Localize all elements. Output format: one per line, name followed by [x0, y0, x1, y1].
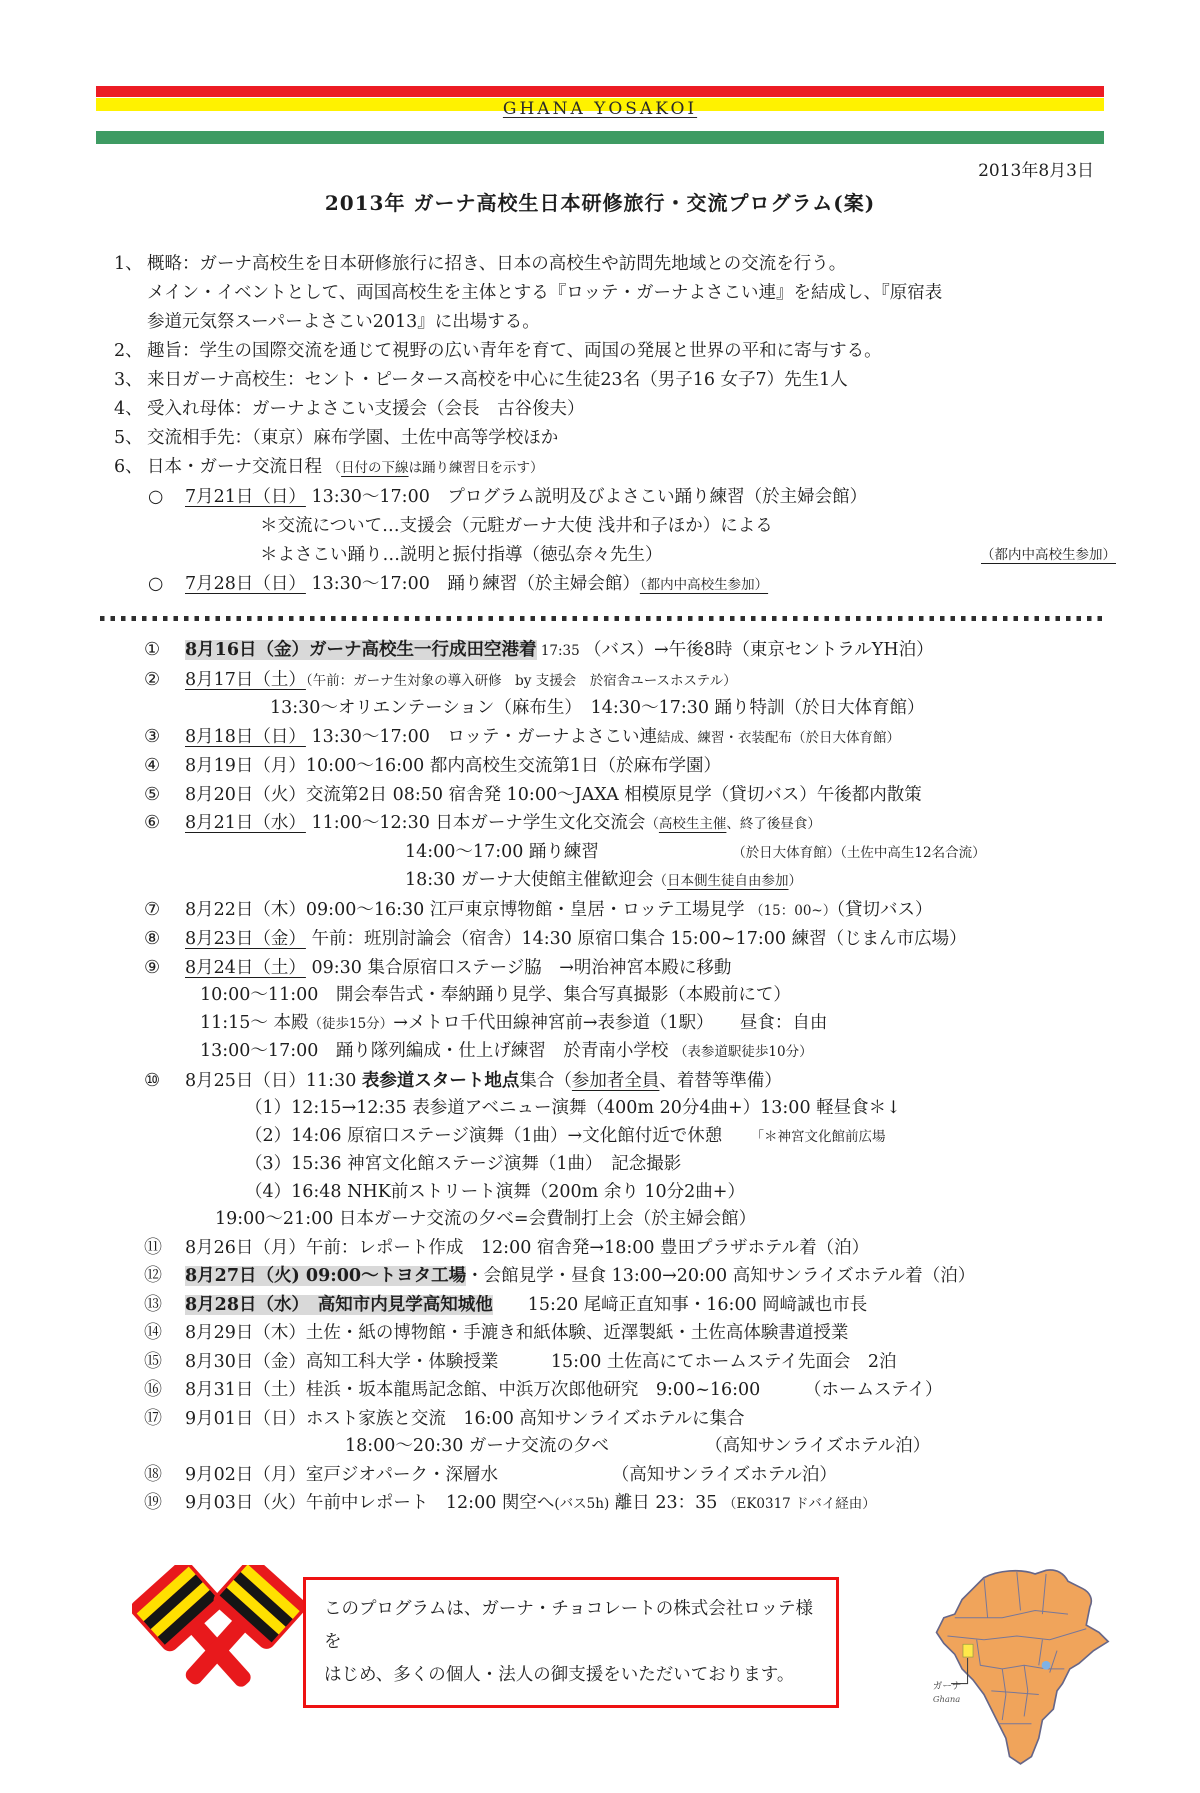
page-title: 2013年 ガーナ高校生日本研修旅行・交流プログラム(案): [0, 187, 1200, 216]
text-segment: 趣旨：学生の国際交流を通じて視野の広い青年を育て、両国の発展と世界の平和に寄与す…: [147, 341, 882, 361]
schedule-entry-line: 10:00〜11:00 開会奉告式・奉納踊り見学、集合写真撮影（本殿前にて）: [144, 982, 1120, 1010]
text-segment: →メトロ千代田線神宮前→表参道（1駅） 昼食：自由: [393, 1013, 827, 1033]
schedule-entry-text: 19:00〜21:00 日本ガーナ交流の夕べ=会費制打上会（於主婦会館）: [185, 1206, 1120, 1234]
text-segment: 概略：ガーナ高校生を日本研修旅行に招き、日本の高校生や訪問先地域との交流を行う。: [147, 254, 846, 274]
schedule-entry-line: ⑫8月27日（火) 09:00〜トヨタ工場・会館見学・昼食 13:00→20:0…: [144, 1262, 1120, 1291]
schedule-entry-marker: ⑰: [144, 1405, 185, 1433]
text-segment: （: [645, 816, 659, 832]
schedule-entry-marker: ⑫: [144, 1262, 185, 1290]
text-segment: （2）14:06 原宿口ステージ演舞（1曲）→文化館付近で休憩: [245, 1126, 757, 1146]
overview-item-text: 受入れ母体：ガーナよさこい支援会（会長 古谷俊夫）: [147, 395, 1116, 424]
schedule-entry-text: （3）15:36 神宮文化館ステージ演舞（1曲） 記念撮影: [185, 1151, 1120, 1179]
schedule-entry-line: 18:00〜20:30 ガーナ交流の夕べ （高知サンライズホテル泊）: [144, 1433, 1120, 1461]
text-segment: 14:00〜17:00 踊り練習: [405, 842, 739, 862]
africa-map: ガーナ Ghana: [928, 1563, 1113, 1773]
overview-item-text: 趣旨：学生の国際交流を通じて視野の広い青年を育て、両国の発展と世界の平和に寄与す…: [147, 337, 1116, 366]
schedule-entry-marker: ⑤: [144, 781, 185, 809]
schedule-entry-line: （2）14:06 原宿口ステージ演舞（1曲）→文化館付近で休憩 「＊神宮文化館前…: [144, 1123, 1120, 1152]
sponsor-text-line2: はじめ、多くの個人・法人の御支援をいただいております。: [324, 1659, 818, 1692]
text-segment: 9月02日（月）室戸ジオパーク・深層水 （高知サンライズホテル泊）: [185, 1465, 837, 1485]
schedule-entry-marker: ③: [144, 723, 185, 751]
text-segment: （午前：ガーナ生対象の導入研修 by 支援会 於宿舎ユースホステル）: [306, 673, 737, 689]
text-segment: 日本側生徒自由参加: [667, 873, 789, 889]
text-segment: 11:00〜12:30 日本ガーナ学生文化交流会: [306, 813, 646, 833]
text-segment: (バス5h): [554, 1496, 609, 1512]
schedule-entry-line: 13:00〜17:00 踊り隊列編成・仕上げ練習 於青南小学校 （表参道駅徒歩1…: [144, 1038, 1120, 1067]
map-label-jp: ガーナ: [933, 1681, 961, 1692]
schedule-entry-text: 8月22日（木）09:00〜16:30 江戸東京博物館・皇居・ロッテ工場見学 （…: [185, 897, 1120, 926]
naruko-clappers-icon: [132, 1565, 307, 1740]
text-segment: 表参道スタート地点: [362, 1071, 520, 1091]
text-segment: 8月17日（土）: [185, 670, 306, 690]
schedule-entry-text: 10:00〜11:00 開会奉告式・奉納踊り見学、集合写真撮影（本殿前にて）: [185, 982, 1120, 1010]
text-segment: 来日ガーナ高校生：セント・ピータース高校を中心に生徒23名（男子16 女子7）先…: [147, 370, 848, 390]
text-segment: 8月28日（水） 高知市内見学高知城他: [185, 1295, 493, 1315]
practice-day-item-line: ○7月21日（日） 13:30〜17:00 プログラム説明及びよさこい踊り練習（…: [148, 483, 1116, 512]
text-segment: 離日 23：35: [609, 1493, 723, 1513]
overview-item-text: 交流相手先：（東京）麻布学園、土佐中高等学校ほか: [147, 424, 1116, 453]
text-segment: ＊よさこい踊り…説明と振付指導（徳弘奈々先生）: [260, 545, 663, 565]
africa-landmass: [937, 1569, 1109, 1763]
text-segment: 高校生主催: [659, 816, 727, 832]
text-segment: 午前：班別討論会（宿舎）14:30 原宿口集合 15:00~17:00 練習（じ…: [306, 929, 967, 949]
text-segment: 18:30 ガーナ大使館主催歓迎会: [405, 870, 654, 890]
text-segment: 13:30〜17:00 ロッテ・ガーナよさこい連: [306, 727, 657, 747]
sponsor-text-line1: このプログラムは、ガーナ・チョコレートの株式会社ロッテ様を: [324, 1593, 818, 1659]
text-segment: 日本・ガーナ交流日程: [147, 457, 328, 477]
schedule-entry-text: 8月28日（水） 高知市内見学高知城他 15:20 尾﨑正直知事・16:00 岡…: [185, 1292, 1120, 1320]
text-segment: 8月19日（月）10:00〜16:00 都内高校生交流第1日（於麻布学園）: [185, 756, 721, 776]
text-segment: 11:15〜 本殿: [200, 1013, 309, 1033]
overview-item-line: 4、受入れ母体：ガーナよさこい支援会（会長 古谷俊夫）: [114, 395, 1116, 424]
schedule-entry-marker: ⑦: [144, 896, 185, 924]
schedule-entry-marker: ⑯: [144, 1376, 185, 1404]
schedule-entry-text: 8月23日（金） 午前：班別討論会（宿舎）14:30 原宿口集合 15:00~1…: [185, 926, 1120, 954]
schedule-entry-line: ⑱9月02日（月）室戸ジオパーク・深層水 （高知サンライズホテル泊）: [144, 1461, 1120, 1490]
text-segment: 10:00〜11:00 開会奉告式・奉納踊り見学、集合写真撮影（本殿前にて）: [200, 985, 791, 1005]
text-segment: 8月20日（火）交流第2日 08:50 宿舎発 10:00〜JAXA 相模原見学…: [185, 785, 922, 805]
schedule-entry-text: 9月01日（日）ホスト家族と交流 16:00 高知サンライズホテルに集合: [185, 1406, 1120, 1434]
text-segment: （徒歩15分）: [309, 1016, 394, 1032]
schedule-entry-text: 8月16日（金）ガーナ高校生一行成田空港着 17:35 （バス）→午後8時（東京…: [185, 637, 1120, 666]
overview-item-line: 2、趣旨：学生の国際交流を通じて視野の広い青年を育て、両国の発展と世界の平和に寄…: [114, 337, 1116, 366]
text-segment: 7月28日（日）: [185, 574, 306, 594]
schedule-entry-marker: ⑲: [144, 1489, 185, 1517]
schedule-entry-text: 8月17日（土）（午前：ガーナ生対象の導入研修 by 支援会 於宿舎ユースホステ…: [185, 667, 1120, 696]
overview-item-line: 参道元気祭スーパーよさこい2013』に出場する。: [114, 308, 1116, 337]
schedule-entry-line: ⑮8月30日（金）高知工科大学・体験授業 15:00 土佐高にてホームステイ先面…: [144, 1348, 1120, 1377]
text-segment: 13:30〜17:00 プログラム説明及びよさこい踊り練習（於主婦会館）: [306, 487, 867, 507]
ghana-flag-banner: GHANA YOSAKOI: [96, 86, 1104, 144]
flag-stripe-green: [96, 131, 1104, 144]
dotted-separator: [100, 616, 1102, 622]
text-segment: （バス）→午後8時（東京セントラルYH泊）: [584, 640, 934, 660]
text-segment: ）: [789, 873, 803, 889]
schedule-entry-text: 9月02日（月）室戸ジオパーク・深層水 （高知サンライズホテル泊）: [185, 1462, 1120, 1490]
schedule-entry-text: 14:00〜17:00 踊り練習 （於日大体育館）（土佐中高生12名合流）: [185, 839, 1120, 868]
text-segment: 受入れ母体：ガーナよさこい支援会（会長 古谷俊夫）: [147, 399, 585, 419]
schedule-entry-line: ⑧8月23日（金） 午前：班別討論会（宿舎）14:30 原宿口集合 15:00~…: [144, 925, 1120, 954]
overview-item-text: 概略：ガーナ高校生を日本研修旅行に招き、日本の高校生や訪問先地域との交流を行う。: [147, 250, 1116, 279]
ghana-highlight: [963, 1644, 973, 1657]
practice-day-item-text: ＊交流について…支援会（元駐ガーナ大使 浅井和子ほか）による: [185, 512, 1116, 541]
schedule-entry-text: 8月18日（日） 13:30〜17:00 ロッテ・ガーナよさこい連結成、練習・衣…: [185, 724, 1120, 753]
text-segment: （3）15:36 神宮文化館ステージ演舞（1曲） 記念撮影: [245, 1154, 681, 1174]
text-segment: 、着替等準備）: [659, 1071, 782, 1091]
text-segment: （表参道駅徒歩10分）: [674, 1044, 813, 1060]
text-segment: 13:30〜17:00 踊り練習（於主婦会館）: [306, 574, 640, 594]
schedule-entry-marker: ⑩: [144, 1067, 185, 1095]
text-segment: 9月01日（日）ホスト家族と交流 16:00 高知サンライズホテルに集合: [185, 1409, 744, 1429]
footer: このプログラムは、ガーナ・チョコレートの株式会社ロッテ様を はじめ、多くの個人・…: [0, 1563, 1200, 1793]
schedule-entry-line: ①8月16日（金）ガーナ高校生一行成田空港着 17:35 （バス）→午後8時（東…: [144, 636, 1120, 666]
schedule-entry-marker: ①: [144, 636, 185, 664]
text-segment: （: [654, 873, 668, 889]
practice-day-item-line: ＊交流について…支援会（元駐ガーナ大使 浅井和子ほか）による: [148, 512, 1116, 541]
schedule-entry-text: （4）16:48 NHK前ストリート演舞（200m 余り 10分2曲+）: [185, 1179, 1120, 1207]
schedule-entry-line: ⑥8月21日（水） 11:00〜12:30 日本ガーナ学生文化交流会（高校生主催…: [144, 809, 1120, 839]
schedule-entry-line: ⑤8月20日（火）交流第2日 08:50 宿舎発 10:00〜JAXA 相模原見…: [144, 781, 1120, 810]
text-segment: 8月30日（金）高知工科大学・体験授業 15:00 土佐高にてホームステイ先面会…: [185, 1352, 896, 1372]
text-segment: 交流相手先：（東京）麻布学園、土佐中高等学校ほか: [147, 428, 558, 448]
text-segment: 日付の下線: [341, 460, 409, 476]
schedule-entry-text: 8月30日（金）高知工科大学・体験授業 15:00 土佐高にてホームステイ先面会…: [185, 1349, 1120, 1377]
overview-item-text: 参道元気祭スーパーよさこい2013』に出場する。: [147, 308, 1116, 337]
schedule-entry-text: 8月20日（火）交流第2日 08:50 宿舎発 10:00〜JAXA 相模原見学…: [185, 782, 1120, 810]
schedule-entry-line: （4）16:48 NHK前ストリート演舞（200m 余り 10分2曲+）: [144, 1179, 1120, 1207]
practice-day-item-text: ＊よさこい踊り…説明と振付指導（徳弘奈々先生）（都内中高校生参加）: [185, 541, 1116, 570]
schedule-entry-text: 8月27日（火) 09:00〜トヨタ工場・会館見学・昼食 13:00→20:00…: [185, 1263, 1120, 1291]
schedule-entry-line: ⑰9月01日（日）ホスト家族と交流 16:00 高知サンライズホテルに集合: [144, 1405, 1120, 1434]
schedule-entry-marker: ⑱: [144, 1461, 185, 1489]
text-segment: （都内中高校生参加）: [981, 541, 1116, 570]
document-page: GHANA YOSAKOI 2013年8月3日 2013年 ガーナ高校生日本研修…: [0, 0, 1200, 1793]
practice-day-item-text: 7月28日（日） 13:30〜17:00 踊り練習（於主婦会館）（都内中高校生参…: [185, 570, 1116, 600]
overview-item-marker: 2、: [114, 337, 147, 366]
schedule-entry-text: 18:30 ガーナ大使館主催歓迎会（日本側生徒自由参加）: [185, 867, 1120, 896]
overview-item-marker: 5、: [114, 424, 147, 453]
schedule-entry-line: ⑩8月25日（日）11:30 表参道スタート地点集合（参加者全員、着替等準備）: [144, 1067, 1120, 1096]
text-segment: 8月16日（金）ガーナ高校生一行成田空港着: [185, 640, 537, 660]
schedule-entry-text: 18:00〜20:30 ガーナ交流の夕べ （高知サンライズホテル泊）: [185, 1433, 1120, 1461]
overview-item-line: 3、来日ガーナ高校生：セント・ピータース高校を中心に生徒23名（男子16 女子7…: [114, 366, 1116, 395]
sponsor-acknowledgement-box: このプログラムは、ガーナ・チョコレートの株式会社ロッテ様を はじめ、多くの個人・…: [303, 1577, 839, 1708]
document-date: 2013年8月3日: [0, 156, 1094, 181]
text-segment: 09:30 集合原宿口ステージ脇 →明治神宮本殿に移動: [306, 958, 732, 978]
text-segment: 8月29日（木）土佐・紙の博物館・手漉き和紙体験、近澤製紙・土佐高体験書道授業: [185, 1323, 848, 1343]
text-segment: （4）16:48 NHK前ストリート演舞（200m 余り 10分2曲+）: [245, 1182, 745, 1202]
text-segment: 17:35: [537, 643, 585, 659]
text-segment: （於日大体育館）（土佐中高生12名合流）: [739, 845, 986, 861]
text-segment: 参加者全員: [572, 1071, 660, 1091]
text-segment: 、終了後昼食）: [726, 816, 821, 832]
schedule-entry-line: ⑬8月28日（水） 高知市内見学高知城他 15:20 尾﨑正直知事・16:00 …: [144, 1291, 1120, 1320]
text-segment: （15：00~）: [750, 903, 836, 919]
schedule-entry-text: （2）14:06 原宿口ステージ演舞（1曲）→文化館付近で休憩 「＊神宮文化館前…: [185, 1123, 1120, 1152]
text-segment: は踊り練習日を示す）: [409, 460, 544, 476]
text-segment: 8月23日（金）: [185, 929, 306, 949]
schedule-entry-marker: ④: [144, 752, 185, 780]
schedule-entry-line: 19:00〜21:00 日本ガーナ交流の夕べ=会費制打上会（於主婦会館）: [144, 1206, 1120, 1234]
text-segment: 参道元気祭スーパーよさこい2013』に出場する。: [147, 312, 540, 332]
text-segment: メイン・イベントとして、両国高校生を主体とする『ロッテ・ガーナよさこい連』を結成…: [147, 283, 942, 303]
schedule-entry-text: 8月26日（月）午前：レポート作成 12:00 宿舎発→18:00 豊田プラザホ…: [185, 1235, 1120, 1263]
practice-day-item-line: ＊よさこい踊り…説明と振付指導（徳弘奈々先生）（都内中高校生参加）: [148, 541, 1116, 570]
schedule-entry-line: 11:15〜 本殿（徒歩15分）→メトロ千代田線神宮前→表参道（1駅） 昼食：自…: [144, 1010, 1120, 1039]
text-segment: （: [328, 460, 342, 476]
text-segment: 8月27日（火) 09:00〜トヨタ工場: [185, 1266, 466, 1286]
text-segment: 8月25日（日）11:30: [185, 1071, 362, 1091]
overview-item-line: 1、概略：ガーナ高校生を日本研修旅行に招き、日本の高校生や訪問先地域との交流を行…: [114, 250, 1116, 279]
schedule-entry-marker: ⑨: [144, 954, 185, 982]
flag-stripe-red: [96, 86, 1104, 97]
text-segment: （1）12:15→12:35 表参道アベニュー演舞（400m 20分4曲+）13…: [245, 1098, 901, 1118]
schedule-entry-line: ⑯8月31日（土）桂浜・坂本龍馬記念館、中浜万次郎他研究 9:00~16:00 …: [144, 1376, 1120, 1405]
schedule-entry-line: ⑭8月29日（木）土佐・紙の博物館・手漉き和紙体験、近澤製紙・土佐高体験書道授業: [144, 1319, 1120, 1348]
schedule-entry-line: 14:00〜17:00 踊り練習 （於日大体育館）（土佐中高生12名合流）: [144, 839, 1120, 868]
overview-item-line: 5、交流相手先：（東京）麻布学園、土佐中高等学校ほか: [114, 424, 1116, 453]
overview-item-marker: 3、: [114, 366, 147, 395]
schedule-entry-line: 13:30〜オリエンテーション（麻布生） 14:30〜17:30 踊り特訓（於日…: [144, 695, 1120, 723]
schedule-entry-line: （1）12:15→12:35 表参道アベニュー演舞（400m 20分4曲+）13…: [144, 1095, 1120, 1123]
schedule-entry-text: 8月24日（土） 09:30 集合原宿口ステージ脇 →明治神宮本殿に移動: [185, 955, 1120, 983]
banner-org-text: GHANA YOSAKOI: [96, 99, 1104, 119]
text-segment: 9月03日（火）午前中レポート 12:00 関空へ: [185, 1493, 554, 1513]
schedule-entry-text: 13:30〜オリエンテーション（麻布生） 14:30〜17:30 踊り特訓（於日…: [185, 695, 1120, 723]
overview-item-marker: 1、: [114, 250, 147, 279]
text-segment: （EK0317 ドバイ経由）: [723, 1496, 876, 1512]
schedule-entry-marker: ⑧: [144, 925, 185, 953]
pre-schedule-list: ○7月21日（日） 13:30〜17:00 プログラム説明及びよさこい踊り練習（…: [148, 483, 1116, 600]
practice-day-item-marker: ○: [148, 570, 185, 599]
schedule-entry-line: ⑪8月26日（月）午前：レポート作成 12:00 宿舎発→18:00 豊田プラザ…: [144, 1234, 1120, 1263]
text-segment: 「＊神宮文化館前広場: [757, 1129, 885, 1145]
overview-item-text: メイン・イベントとして、両国高校生を主体とする『ロッテ・ガーナよさこい連』を結成…: [147, 279, 1116, 308]
text-segment: 8月26日（月）午前：レポート作成 12:00 宿舎発→18:00 豊田プラザホ…: [185, 1238, 869, 1258]
text-segment: 8月22日（木）09:00〜16:30 江戸東京博物館・皇居・ロッテ工場見学: [185, 900, 750, 920]
schedule-entry-text: 9月03日（火）午前中レポート 12:00 関空へ(バス5h) 離日 23：35…: [185, 1490, 1120, 1519]
schedule-entry-line: ⑨8月24日（土） 09:30 集合原宿口ステージ脇 →明治神宮本殿に移動: [144, 954, 1120, 983]
schedule-entry-text: 11:15〜 本殿（徒歩15分）→メトロ千代田線神宮前→表参道（1駅） 昼食：自…: [185, 1010, 1120, 1039]
text-segment: 結成、練習・衣装配布（於日大体育館）: [657, 730, 900, 746]
text-segment: 8月24日（土）: [185, 958, 306, 978]
text-segment: 15:20 尾﨑正直知事・16:00 岡﨑誠也市長: [493, 1295, 868, 1315]
schedule-entry-line: （3）15:36 神宮文化館ステージ演舞（1曲） 記念撮影: [144, 1151, 1120, 1179]
schedule-entry-line: ④8月19日（月）10:00〜16:00 都内高校生交流第1日（於麻布学園）: [144, 752, 1120, 781]
overview-list: 1、概略：ガーナ高校生を日本研修旅行に招き、日本の高校生や訪問先地域との交流を行…: [114, 250, 1116, 483]
text-segment: （都内中高校生参加）: [640, 577, 768, 593]
schedule-entry-marker: ②: [144, 666, 185, 694]
schedule-entry-line: 18:30 ガーナ大使館主催歓迎会（日本側生徒自由参加）: [144, 867, 1120, 896]
text-segment: （貸切バス）: [836, 900, 932, 920]
schedule-entry-text: 8月29日（木）土佐・紙の博物館・手漉き和紙体験、近澤製紙・土佐高体験書道授業: [185, 1320, 1120, 1348]
schedule-list: ①8月16日（金）ガーナ高校生一行成田空港着 17:35 （バス）→午後8時（東…: [144, 636, 1120, 1519]
schedule-entry-text: 8月19日（月）10:00〜16:00 都内高校生交流第1日（於麻布学園）: [185, 753, 1120, 781]
schedule-entry-text: 8月25日（日）11:30 表参道スタート地点集合（参加者全員、着替等準備）: [185, 1068, 1120, 1096]
schedule-entry-line: ⑲9月03日（火）午前中レポート 12:00 関空へ(バス5h) 離日 23：3…: [144, 1489, 1120, 1519]
schedule-entry-text: 8月21日（水） 11:00〜12:30 日本ガーナ学生文化交流会（高校生主催、…: [185, 810, 1120, 839]
text-segment: 18:00〜20:30 ガーナ交流の夕べ （高知サンライズホテル泊）: [345, 1436, 930, 1456]
overview-item-line: 6、日本・ガーナ交流日程 （日付の下線は踊り練習日を示す）: [114, 453, 1116, 483]
text-segment: 19:00〜21:00 日本ガーナ交流の夕べ=会費制打上会（於主婦会館）: [215, 1209, 756, 1229]
overview-item-marker: 4、: [114, 395, 147, 424]
schedule-entry-marker: ⑬: [144, 1291, 185, 1319]
text-segment: 8月31日（土）桂浜・坂本龍馬記念館、中浜万次郎他研究 9:00~16:00 （…: [185, 1380, 942, 1400]
text-segment: 13:00〜17:00 踊り隊列編成・仕上げ練習 於青南小学校: [200, 1041, 674, 1061]
overview-item-marker: 6、: [114, 453, 147, 482]
overview-item-text: 来日ガーナ高校生：セント・ピータース高校を中心に生徒23名（男子16 女子7）先…: [147, 366, 1116, 395]
text-segment: 13:30〜オリエンテーション（麻布生） 14:30〜17:30 踊り特訓（於日…: [270, 698, 925, 718]
lake-victoria: [1042, 1660, 1051, 1669]
text-segment: 集合（: [519, 1071, 572, 1091]
schedule-entry-text: （1）12:15→12:35 表参道アベニュー演舞（400m 20分4曲+）13…: [185, 1095, 1120, 1123]
schedule-entry-line: ②8月17日（土）（午前：ガーナ生対象の導入研修 by 支援会 於宿舎ユースホス…: [144, 666, 1120, 696]
schedule-entry-text: 13:00〜17:00 踊り隊列編成・仕上げ練習 於青南小学校 （表参道駅徒歩1…: [185, 1038, 1120, 1067]
schedule-entry-marker: ⑥: [144, 809, 185, 837]
schedule-entry-line: ③8月18日（日） 13:30〜17:00 ロッテ・ガーナよさこい連結成、練習・…: [144, 723, 1120, 753]
practice-day-item-marker: ○: [148, 483, 185, 512]
schedule-entry-marker: ⑮: [144, 1348, 185, 1376]
overview-item-line: メイン・イベントとして、両国高校生を主体とする『ロッテ・ガーナよさこい連』を結成…: [114, 279, 1116, 308]
schedule-entry-marker: ⑪: [144, 1234, 185, 1262]
schedule-entry-text: 8月31日（土）桂浜・坂本龍馬記念館、中浜万次郎他研究 9:00~16:00 （…: [185, 1377, 1120, 1405]
text-segment: 8月18日（日）: [185, 727, 306, 747]
text-segment: ＊交流について…支援会（元駐ガーナ大使 浅井和子ほか）による: [260, 516, 773, 536]
practice-day-item-line: ○7月28日（日） 13:30〜17:00 踊り練習（於主婦会館）（都内中高校生…: [148, 570, 1116, 600]
text-segment: 7月21日（日）: [185, 487, 306, 507]
map-label-en: Ghana: [933, 1693, 960, 1703]
schedule-entry-marker: ⑭: [144, 1319, 185, 1347]
text-segment: ・会館見学・昼食 13:00→20:00 高知サンライズホテル着（泊）: [466, 1266, 975, 1286]
schedule-entry-line: ⑦8月22日（木）09:00〜16:30 江戸東京博物館・皇居・ロッテ工場見学 …: [144, 896, 1120, 926]
text-segment: 8月21日（水）: [185, 813, 306, 833]
overview-item-text: 日本・ガーナ交流日程 （日付の下線は踊り練習日を示す）: [147, 453, 1116, 483]
practice-day-item-text: 7月21日（日） 13:30〜17:00 プログラム説明及びよさこい踊り練習（於…: [185, 483, 1116, 512]
